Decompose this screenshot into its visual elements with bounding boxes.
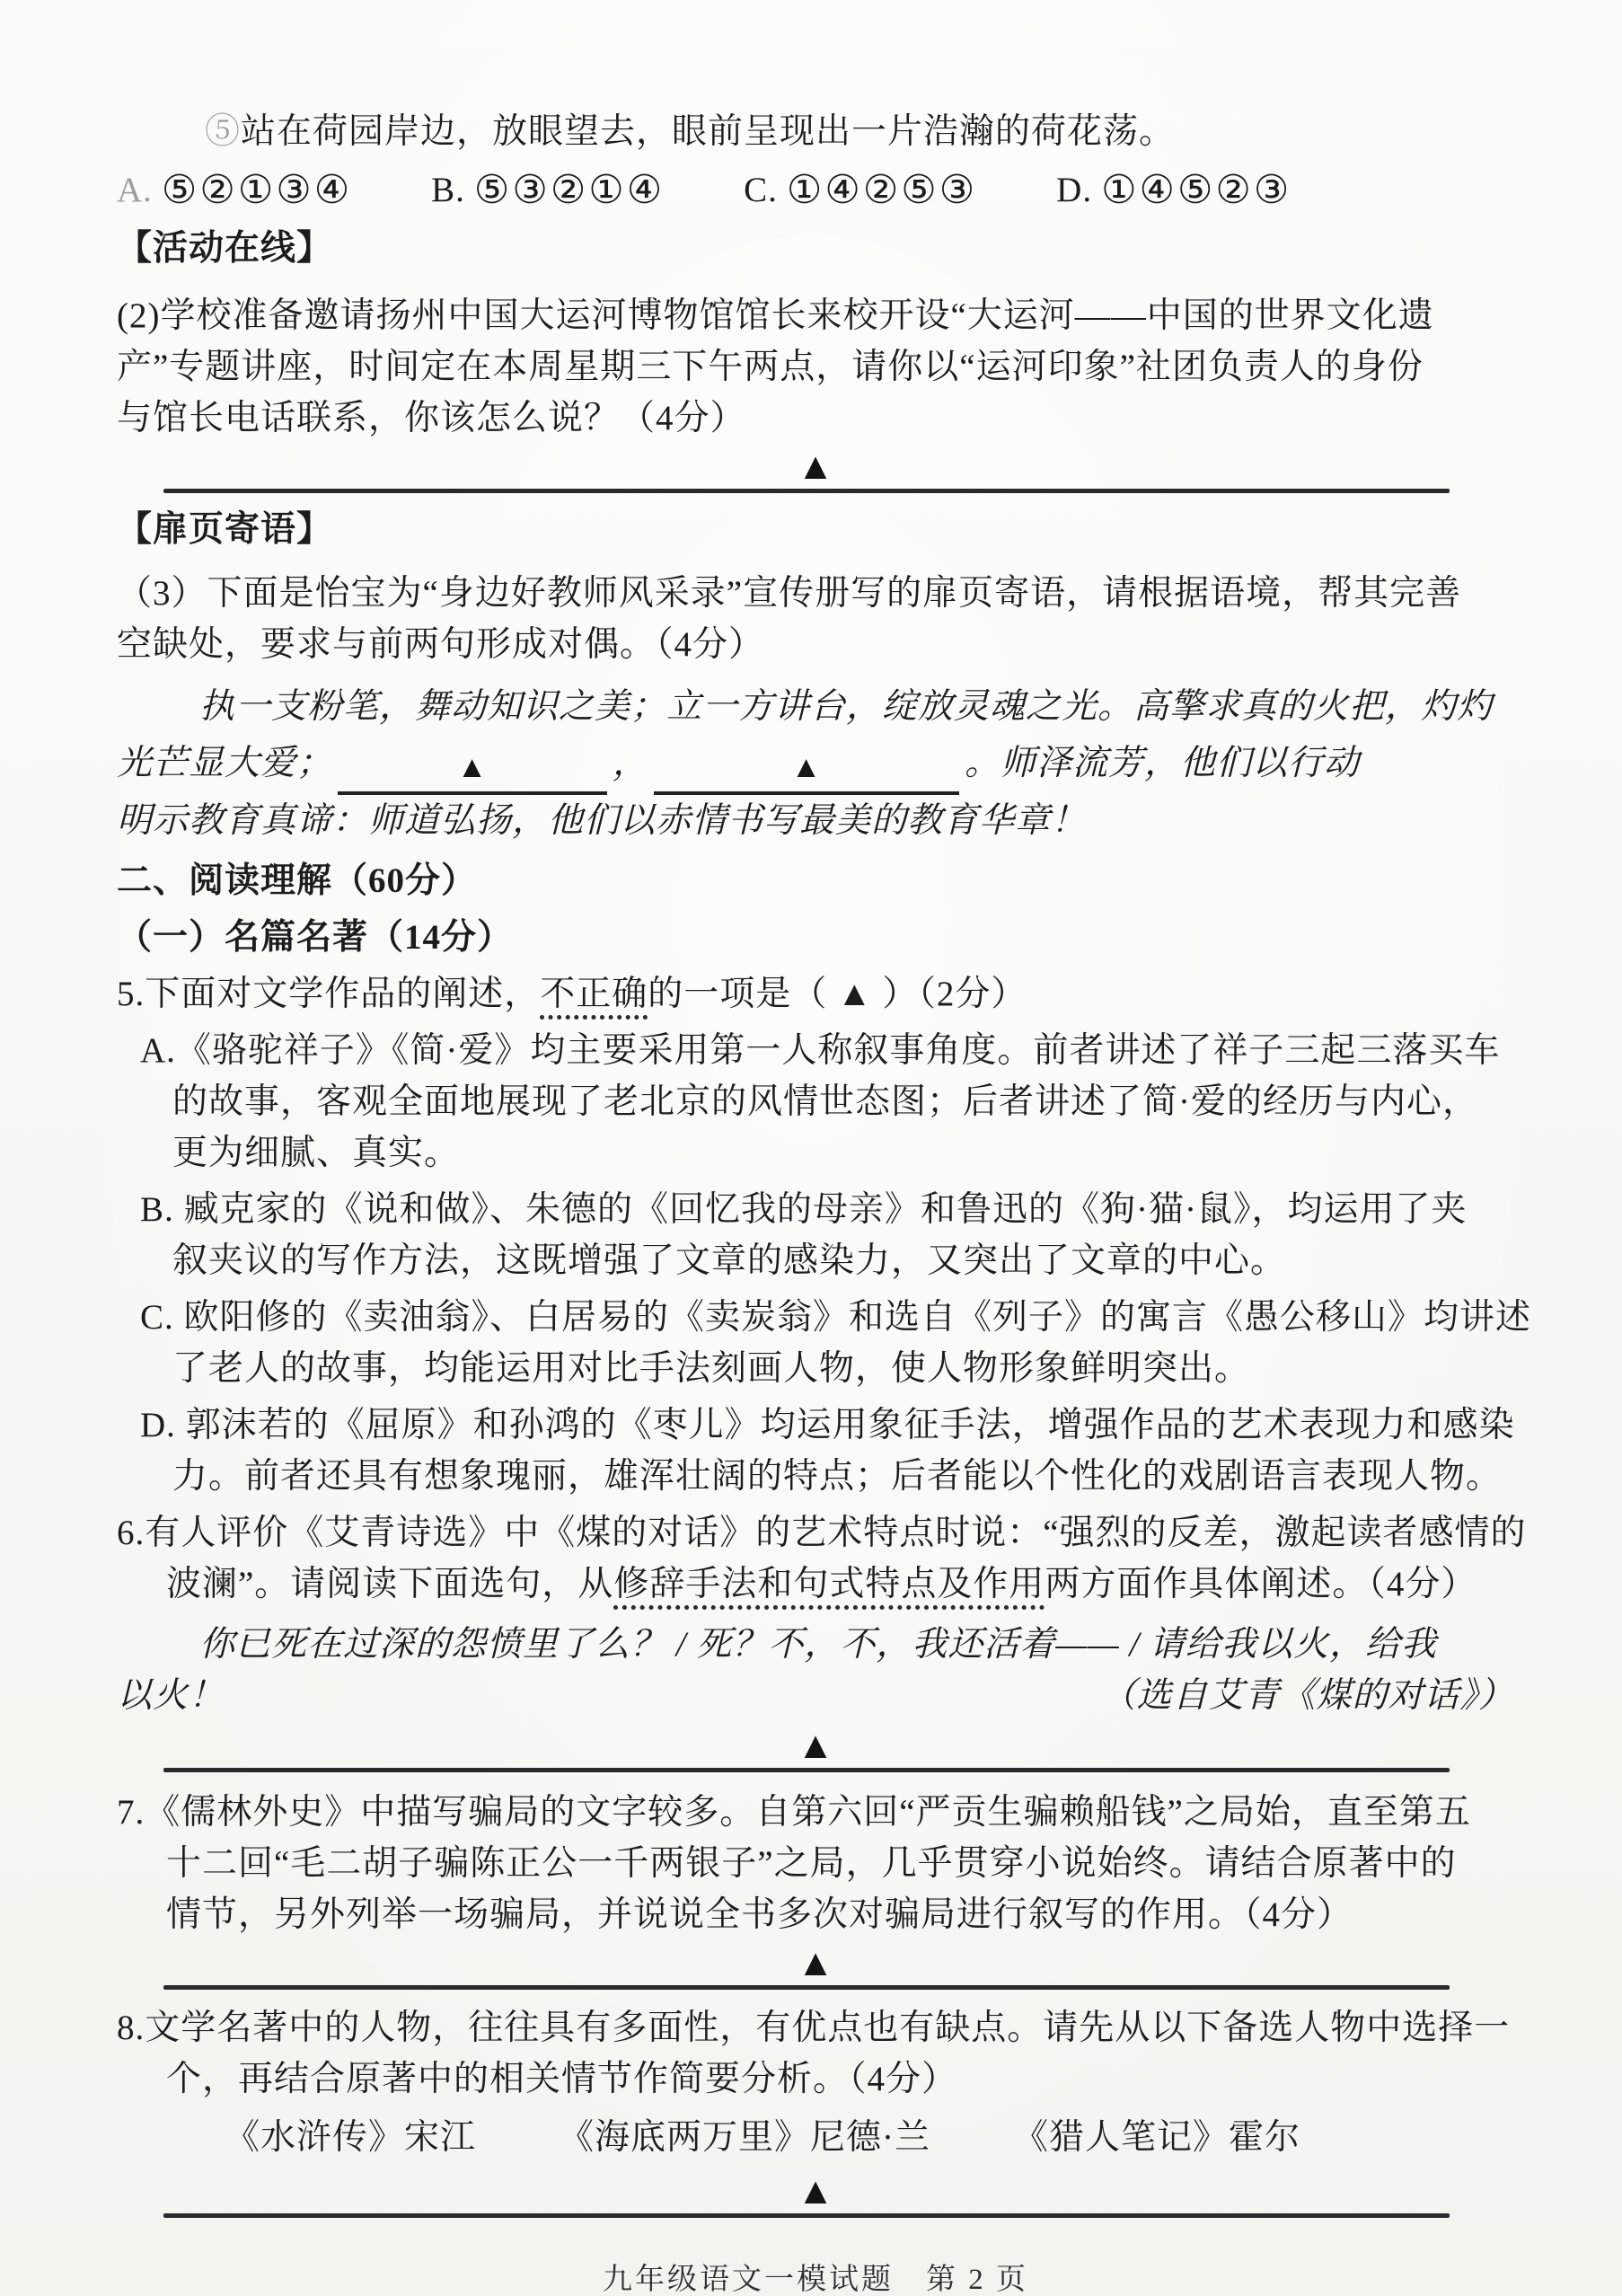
option-a-line-3: 更为细腻、真实。 [117, 1127, 1514, 1179]
answer-rule [163, 2213, 1450, 2218]
intro-sentence-text: 站在荷园岸边，放眼望去，眼前呈现出一片浩瀚的荷花荡。 [241, 112, 1175, 151]
choice-d: D. ①④⑤②③ [1056, 164, 1291, 216]
question-6: 6.有人评价《艾青诗选》中《煤的对话》的艺术特点时说：“强烈的反差，激起读者感情… [117, 1507, 1514, 1610]
question-7-line-2: 十二回“毛二胡子骗陈正公一千两银子”之局，几乎贯穿小说始终。请结合原著中的 [117, 1838, 1514, 1889]
choice-b-sequence: ⑤③②①④ [474, 164, 665, 216]
circled-number-5: ⑤ [205, 112, 241, 151]
option-b-text: 臧克家的《说和做》、朱德的《回忆我的母亲》和鲁迅的《狗·猫·鼠》，均运用了夹 [184, 1190, 1468, 1229]
option-d-label: D. [140, 1406, 176, 1444]
question-6-line-2-post: 两方面作具体阐述。（4分） [1045, 1565, 1477, 1603]
question-8-line-2: 个，再结合原著中的相关情节作简要分析。（4分） [117, 2053, 1514, 2105]
option-c-line-1: C. 欧阳修的《卖油翁》、白居易的《卖炭翁》和选自《列子》的寓言《愚公移山》均讲… [117, 1292, 1514, 1343]
option-c-line-2: 了老人的故事，均能运用对比手法刻画人物，使人物形象鲜明突出。 [117, 1343, 1514, 1394]
answer-rule [163, 1768, 1450, 1772]
question-2-line-2: 产”专题讲座，时间定在本周星期三下午两点，请你以“运河印象”社团负责人的身份 [117, 341, 1514, 393]
section-header-flyleaf: 【扉页寄语】 [117, 504, 1514, 555]
answer-triangle-icon: ▲ [791, 751, 823, 784]
answer-triangle-icon: ▲ [457, 751, 489, 784]
question-8: 8.文学名著中的人物，往往具有多面性，有优点也有缺点。请先从以下备选人物中选择一… [117, 2002, 1514, 2105]
choice-d-sequence: ①④⑤②③ [1101, 164, 1291, 216]
option-d-text: 郭沫若的《屈原》和孙鸿的《枣儿》均运用象征手法，增强作品的艺术表现力和感染 [186, 1406, 1515, 1444]
question-6-line-2: 波澜”。请阅读下面选句，从修辞手法和句式特点及作用两方面作具体阐述。（4分） [117, 1559, 1514, 1610]
answer-blank-1: ▲ [338, 741, 607, 795]
flyleaf-quote: 执一支粉笔，舞动知识之美；立一方讲台，绽放灵魂之光。高擎求真的火把，灼灼 光芒显… [117, 681, 1514, 846]
question-6-quote-line-2: 以火！ （选自艾青《煤的对话》） [117, 1670, 1514, 1721]
question-6-line-2-pre: 波澜”。请阅读下面选句，从 [166, 1565, 613, 1603]
question-6-emphasis: 修辞手法和句式特点及作用 [613, 1565, 1045, 1610]
question-5-stem: 5.下面对文学作品的阐述，不正确的一项是（ ▲ ）（2分） [117, 968, 1514, 1020]
choice-row: A. ⑤②①③④ B. ⑤③②①④ C. ①④②⑤③ D. ①④⑤②③ [117, 164, 1514, 216]
choice-c: C. ①④②⑤③ [744, 164, 977, 216]
answer-triangle-icon: ▲ [117, 1944, 1514, 1983]
intro-sentence: ⑤站在荷园岸边，放眼望去，眼前呈现出一片浩瀚的荷花荡。 [117, 106, 1514, 157]
choice-d-label: D. [1056, 164, 1092, 216]
question-8-line-1: 8.文学名著中的人物，往往具有多面性，有优点也有缺点。请先从以下备选人物中选择一 [117, 2002, 1514, 2053]
exam-page: ⑤站在荷园岸边，放眼望去，眼前呈现出一片浩瀚的荷花荡。 A. ⑤②①③④ B. … [0, 0, 1622, 2296]
flyleaf-quote-line-2-suffix: 。师泽流芳，他们以行动 [965, 744, 1360, 782]
question-5-option-a: A.《骆驼祥子》《简·爱》均主要采用第一人称叙事角度。前者讲述了祥子三起三落买车… [117, 1025, 1514, 1179]
section-2-subtitle: （一）名篇名著（14分） [117, 912, 1514, 963]
question-2-line-3: 与馆长电话联系，你该怎么说？（4分） [117, 393, 1514, 444]
answer-triangle-icon: ▲ [117, 447, 1514, 487]
question-7: 7.《儒林外史》中描写骗局的文字较多。自第六回“严贡生骗赖船钱”之局始，直至第五… [117, 1787, 1514, 1940]
question-3-line-2: 空缺处，要求与前两句形成对偶。（4分） [117, 619, 1514, 670]
page-footer: 九年级语文一模试题 第 2 页 [117, 2256, 1514, 2296]
option-a-line-2: 的故事，客观全面地展现了老北京的风情世态图；后者讲述了简·爱的经历与内心， [117, 1076, 1514, 1127]
answer-rule [163, 489, 1450, 493]
question-2-line-1: (2)学校准备邀请扬州中国大运河博物馆馆长来校开设“大运河——中国的世界文化遗 [117, 290, 1514, 341]
flyleaf-quote-line-1: 执一支粉笔，舞动知识之美；立一方讲台，绽放灵魂之光。高擎求真的火把，灼灼 [117, 681, 1514, 732]
question-6-line-1: 6.有人评价《艾青诗选》中《煤的对话》的艺术特点时说：“强烈的反差，激起读者感情… [117, 1507, 1514, 1559]
question-6-quote-tail: 以火！ [117, 1670, 225, 1721]
choice-a: A. ⑤②①③④ [117, 164, 352, 216]
option-b-line-2: 叙夹议的写作方法，这既增强了文章的感染力，又突出了文章的中心。 [117, 1235, 1514, 1286]
option-b-line-1: B. 臧克家的《说和做》、朱德的《回忆我的母亲》和鲁迅的《狗·猫·鼠》，均运用了… [117, 1184, 1514, 1235]
flyleaf-quote-line-2: 光芒显大爱；▲，▲。师泽流芳，他们以行动 [117, 732, 1514, 795]
flyleaf-quote-line-2-comma: ， [613, 744, 648, 782]
answer-rule [163, 1985, 1450, 1990]
choice-a-label: A. [117, 164, 153, 216]
option-d-line-2: 力。前者还具有想象瑰丽，雄浑壮阔的特点；后者能以个性化的戏剧语言表现人物。 [117, 1451, 1514, 1502]
option-a-label: A. [140, 1031, 176, 1070]
question-6-quote-line-1: 你已死在过深的怨愤里了么？ / 死？不，不，我还活着—— / 请给我以火，给我 [117, 1619, 1514, 1670]
question-5-stem-post: 的一项是（ ▲ ）（2分） [648, 975, 1027, 1013]
answer-blank-2: ▲ [654, 741, 959, 795]
question-2: (2)学校准备邀请扬州中国大运河博物馆馆长来校开设“大运河——中国的世界文化遗 … [117, 290, 1514, 444]
question-5-option-c: C. 欧阳修的《卖油翁》、白居易的《卖炭翁》和选自《列子》的寓言《愚公移山》均讲… [117, 1292, 1514, 1394]
question-5-option-b: B. 臧克家的《说和做》、朱德的《回忆我的母亲》和鲁迅的《狗·猫·鼠》，均运用了… [117, 1184, 1514, 1286]
question-3-line-1: （3）下面是怡宝为“身边好教师风采录”宣传册写的扉页寄语，请根据语境，帮其完善 [117, 568, 1514, 619]
choice-c-sequence: ①④②⑤③ [787, 164, 977, 216]
character-option-huoer: 《猎人笔记》霍尔 [1013, 2112, 1300, 2163]
answer-triangle-icon: ▲ [117, 2172, 1514, 2212]
choice-b-label: B. [431, 164, 465, 216]
flyleaf-quote-line-2-prefix: 光芒显大爱； [117, 744, 332, 782]
question-8-characters: 《水浒传》宋江 《海底两万里》尼德·兰 《猎人笔记》霍尔 [117, 2112, 1514, 2163]
question-6-quote: 你已死在过深的怨愤里了么？ / 死？不，不，我还活着—— / 请给我以火，给我 … [117, 1619, 1514, 1721]
question-7-line-1: 7.《儒林外史》中描写骗局的文字较多。自第六回“严贡生骗赖船钱”之局始，直至第五 [117, 1787, 1514, 1838]
question-3: （3）下面是怡宝为“身边好教师风采录”宣传册写的扉页寄语，请根据语境，帮其完善 … [117, 568, 1514, 670]
option-a-line-1: A.《骆驼祥子》《简·爱》均主要采用第一人称叙事角度。前者讲述了祥子三起三落买车 [117, 1025, 1514, 1076]
section-2-title: 二、阅读理解（60分） [117, 855, 1514, 906]
choice-b: B. ⑤③②①④ [431, 164, 665, 216]
question-6-quote-source: （选自艾青《煤的对话》） [1100, 1670, 1514, 1721]
option-b-label: B. [140, 1190, 174, 1229]
character-option-songjiang: 《水浒传》宋江 [225, 2112, 476, 2163]
option-d-line-1: D. 郭沫若的《屈原》和孙鸿的《枣儿》均运用象征手法，增强作品的艺术表现力和感染 [117, 1400, 1514, 1451]
flyleaf-quote-line-3: 明示教育真谛：师道弘扬，他们以赤情书写最美的教育华章！ [117, 795, 1514, 846]
option-a-text: 《骆驼祥子》《简·爱》均主要采用第一人称叙事角度。前者讲述了祥子三起三落买车 [176, 1031, 1501, 1070]
option-c-label: C. [140, 1298, 174, 1337]
choice-c-label: C. [744, 164, 778, 216]
option-c-text: 欧阳修的《卖油翁》、白居易的《卖炭翁》和选自《列子》的寓言《愚公移山》均讲述 [184, 1298, 1532, 1337]
answer-triangle-icon: ▲ [117, 1726, 1514, 1766]
question-7-line-3: 情节，另外列举一场骗局，并说说全书多次对骗局进行叙写的作用。（4分） [117, 1889, 1514, 1940]
question-5-option-d: D. 郭沫若的《屈原》和孙鸿的《枣儿》均运用象征手法，增强作品的艺术表现力和感染… [117, 1400, 1514, 1502]
character-option-nedland: 《海底两万里》尼德·兰 [559, 2112, 930, 2163]
section-header-activity: 【活动在线】 [117, 223, 1514, 274]
question-5-stem-emphasis: 不正确 [540, 975, 648, 1020]
choice-a-sequence: ⑤②①③④ [162, 164, 352, 216]
question-5-stem-pre: 5.下面对文学作品的阐述， [117, 975, 540, 1013]
